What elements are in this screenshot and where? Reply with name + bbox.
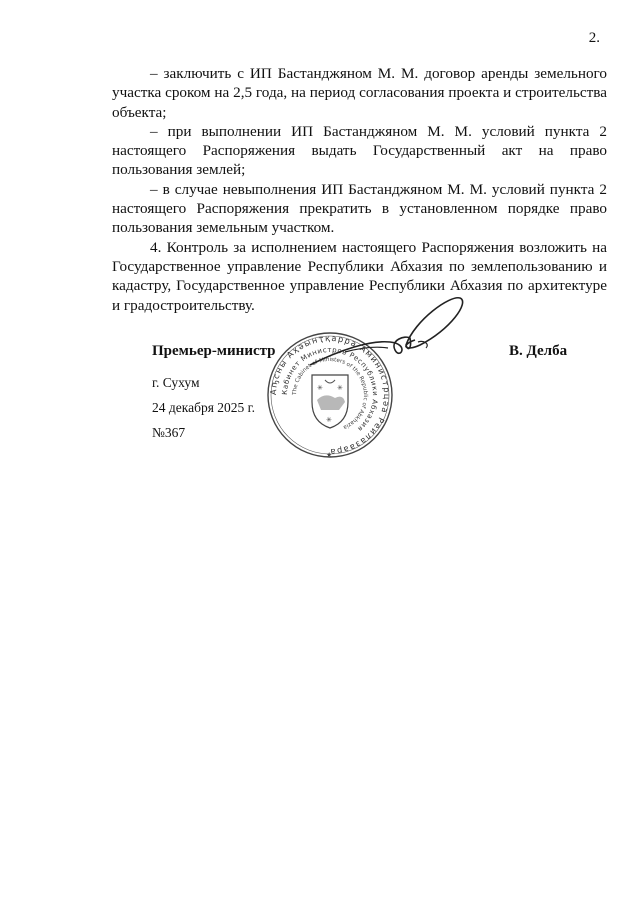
page-number: 2. [589,30,600,47]
handwritten-signature-icon [300,290,480,370]
svg-text:✳: ✳ [337,384,343,392]
paragraph-termination: – в случае невыполнения ИП Бастанджяном … [112,180,607,238]
paragraph-state-act: – при выполнении ИП Бастанджяном М. М. у… [112,122,607,180]
issue-city: г. Сухум [152,375,200,391]
svg-text:✳: ✳ [326,416,332,424]
issue-date: 24 декабря 2025 г. [152,400,255,416]
svg-text:✳: ✳ [317,384,323,392]
signature-title-block: Премьер-министр [152,343,276,360]
paragraph-lease: – заключить с ИП Бастанджяном М. М. дого… [112,64,607,122]
signatory-name: В. Делба [509,343,567,360]
document-body: – заключить с ИП Бастанджяном М. М. дого… [112,64,607,315]
svg-text:★: ★ [326,451,332,459]
document-number: №367 [152,425,185,441]
signatory-title: Премьер-министр [152,343,276,359]
